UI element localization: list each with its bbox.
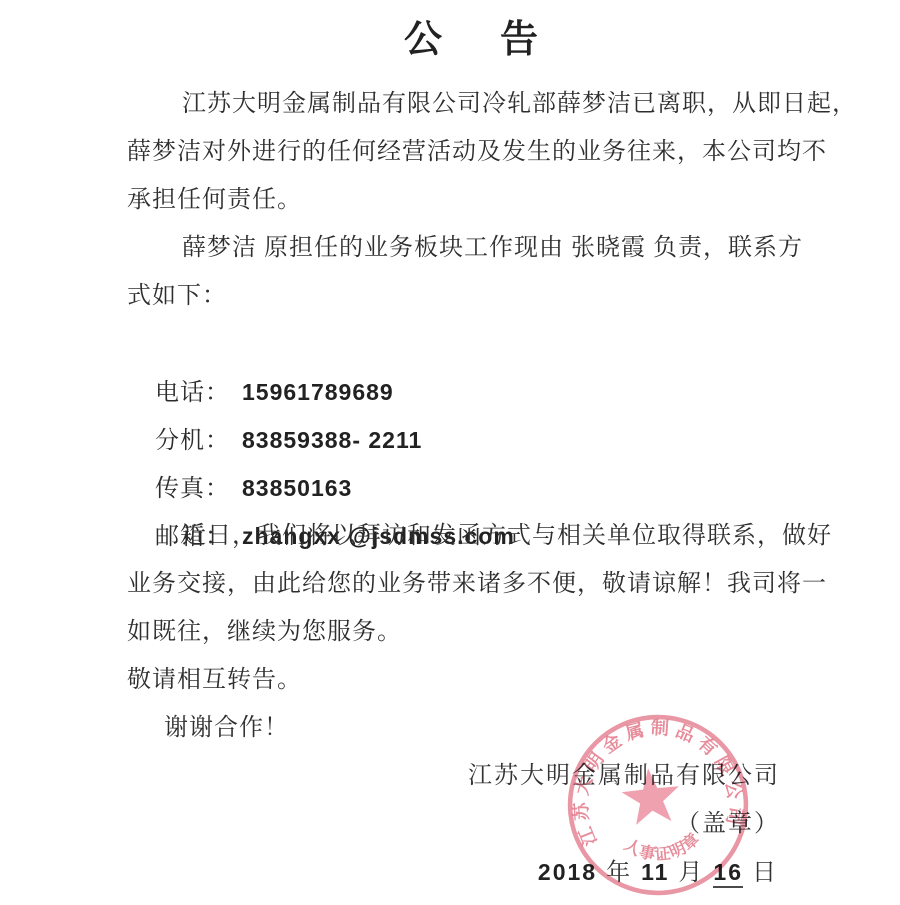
date-day-unit: 日: [752, 860, 778, 886]
date-day: 16: [713, 859, 743, 888]
contact-label: 传真：: [155, 476, 230, 502]
body-line: 式如下：: [127, 272, 825, 320]
contact-value: 15961789689: [242, 379, 394, 405]
signature-date: 2018年11月16日: [127, 848, 780, 896]
contact-value: 83859388- 2211: [242, 427, 422, 453]
body-line: 薛梦洁对外进行的任何经营活动及发生的业务往来，本公司均不: [127, 128, 825, 176]
body-line: 江苏大明金属制品有限公司冷轧部薛梦洁已离职，从即日起，: [127, 80, 825, 128]
date-month-unit: 月: [678, 860, 704, 886]
stamp-note: （盖章）: [127, 800, 780, 848]
contact-value: 83850163: [242, 475, 352, 501]
body-line: 近日，我们将以拜访和发函方式与相关单位取得联系，做好: [127, 512, 825, 560]
signature-company: 江苏大明金属制品有限公司: [127, 752, 780, 800]
date-year-unit: 年: [606, 860, 632, 886]
body-line: 薛梦洁 原担任的业务板块工作现由 张晓霞 负责，联系方: [127, 224, 825, 272]
date-year: 2018: [538, 859, 597, 885]
date-month: 11: [641, 859, 669, 885]
document-title: 公 告: [127, 16, 825, 64]
announcement-document: 公 告 江苏大明金属制品有限公司冷轧部薛梦洁已离职，从即日起， 薛梦洁对外进行的…: [0, 0, 900, 905]
body-line: 业务交接，由此给您的业务带来诸多不便，敬请谅解！我司将一: [127, 560, 825, 608]
contact-label: 分机：: [155, 428, 230, 454]
body-line: 敬请相互转告。: [127, 656, 825, 704]
signature-block: 江苏大明金属制品有限公司 （盖章） 2018年11月16日: [127, 752, 825, 896]
contact-line-phone: 电话：15961789689: [127, 320, 825, 368]
body-line: 谢谢合作！: [127, 704, 825, 752]
body-line: 承担任何责任。: [127, 176, 825, 224]
contact-label: 电话：: [155, 380, 230, 406]
body-line: 如既往，继续为您服务。: [127, 608, 825, 656]
